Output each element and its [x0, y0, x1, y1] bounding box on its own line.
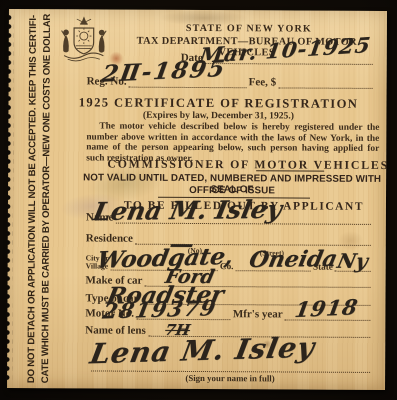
- mfrs-year-value-handwritten: 1918: [293, 294, 360, 322]
- side-warning-line1: DO NOT DETACH OR APPLICATION WILL NOT BE…: [26, 25, 39, 383]
- signature-caption: (Sign your name in full): [85, 372, 375, 384]
- side-warning-text: DO NOT DETACH OR APPLICATION WILL NOT BE…: [26, 25, 53, 383]
- name-value-handwritten: Lena M. Isley: [91, 195, 285, 226]
- side-warning-line2: CATE WHICH MUST BE CARRIED BY OPERATOR—N…: [40, 25, 53, 383]
- certificate-subtitle: (Expires by law, December 31, 1925.): [68, 109, 368, 122]
- county-value-handwritten: Oneida: [247, 246, 340, 273]
- signature-handwritten: Lena M. Isley: [87, 331, 317, 371]
- lens-label: Name of lens: [85, 324, 146, 336]
- residence-label: Residence: [86, 232, 133, 244]
- commissioner-line: COMMISSIONER OF MOTOR VEHICLES: [103, 157, 393, 174]
- fee-label: Fee, $: [249, 76, 277, 88]
- perforated-edge: [6, 13, 14, 384]
- reg-no-line: [129, 86, 247, 89]
- mfrs-year-label: Mfr's year: [233, 308, 283, 320]
- photo-background: DO NOT DETACH OR APPLICATION WILL NOT BE…: [0, 0, 397, 400]
- certificate-paper: DO NOT DETACH OR APPLICATION WILL NOT BE…: [7, 9, 387, 390]
- motor-no-value-handwritten: 2819379: [101, 295, 219, 323]
- state-value-handwritten: Ny: [335, 249, 370, 273]
- fee-line: [278, 86, 372, 88]
